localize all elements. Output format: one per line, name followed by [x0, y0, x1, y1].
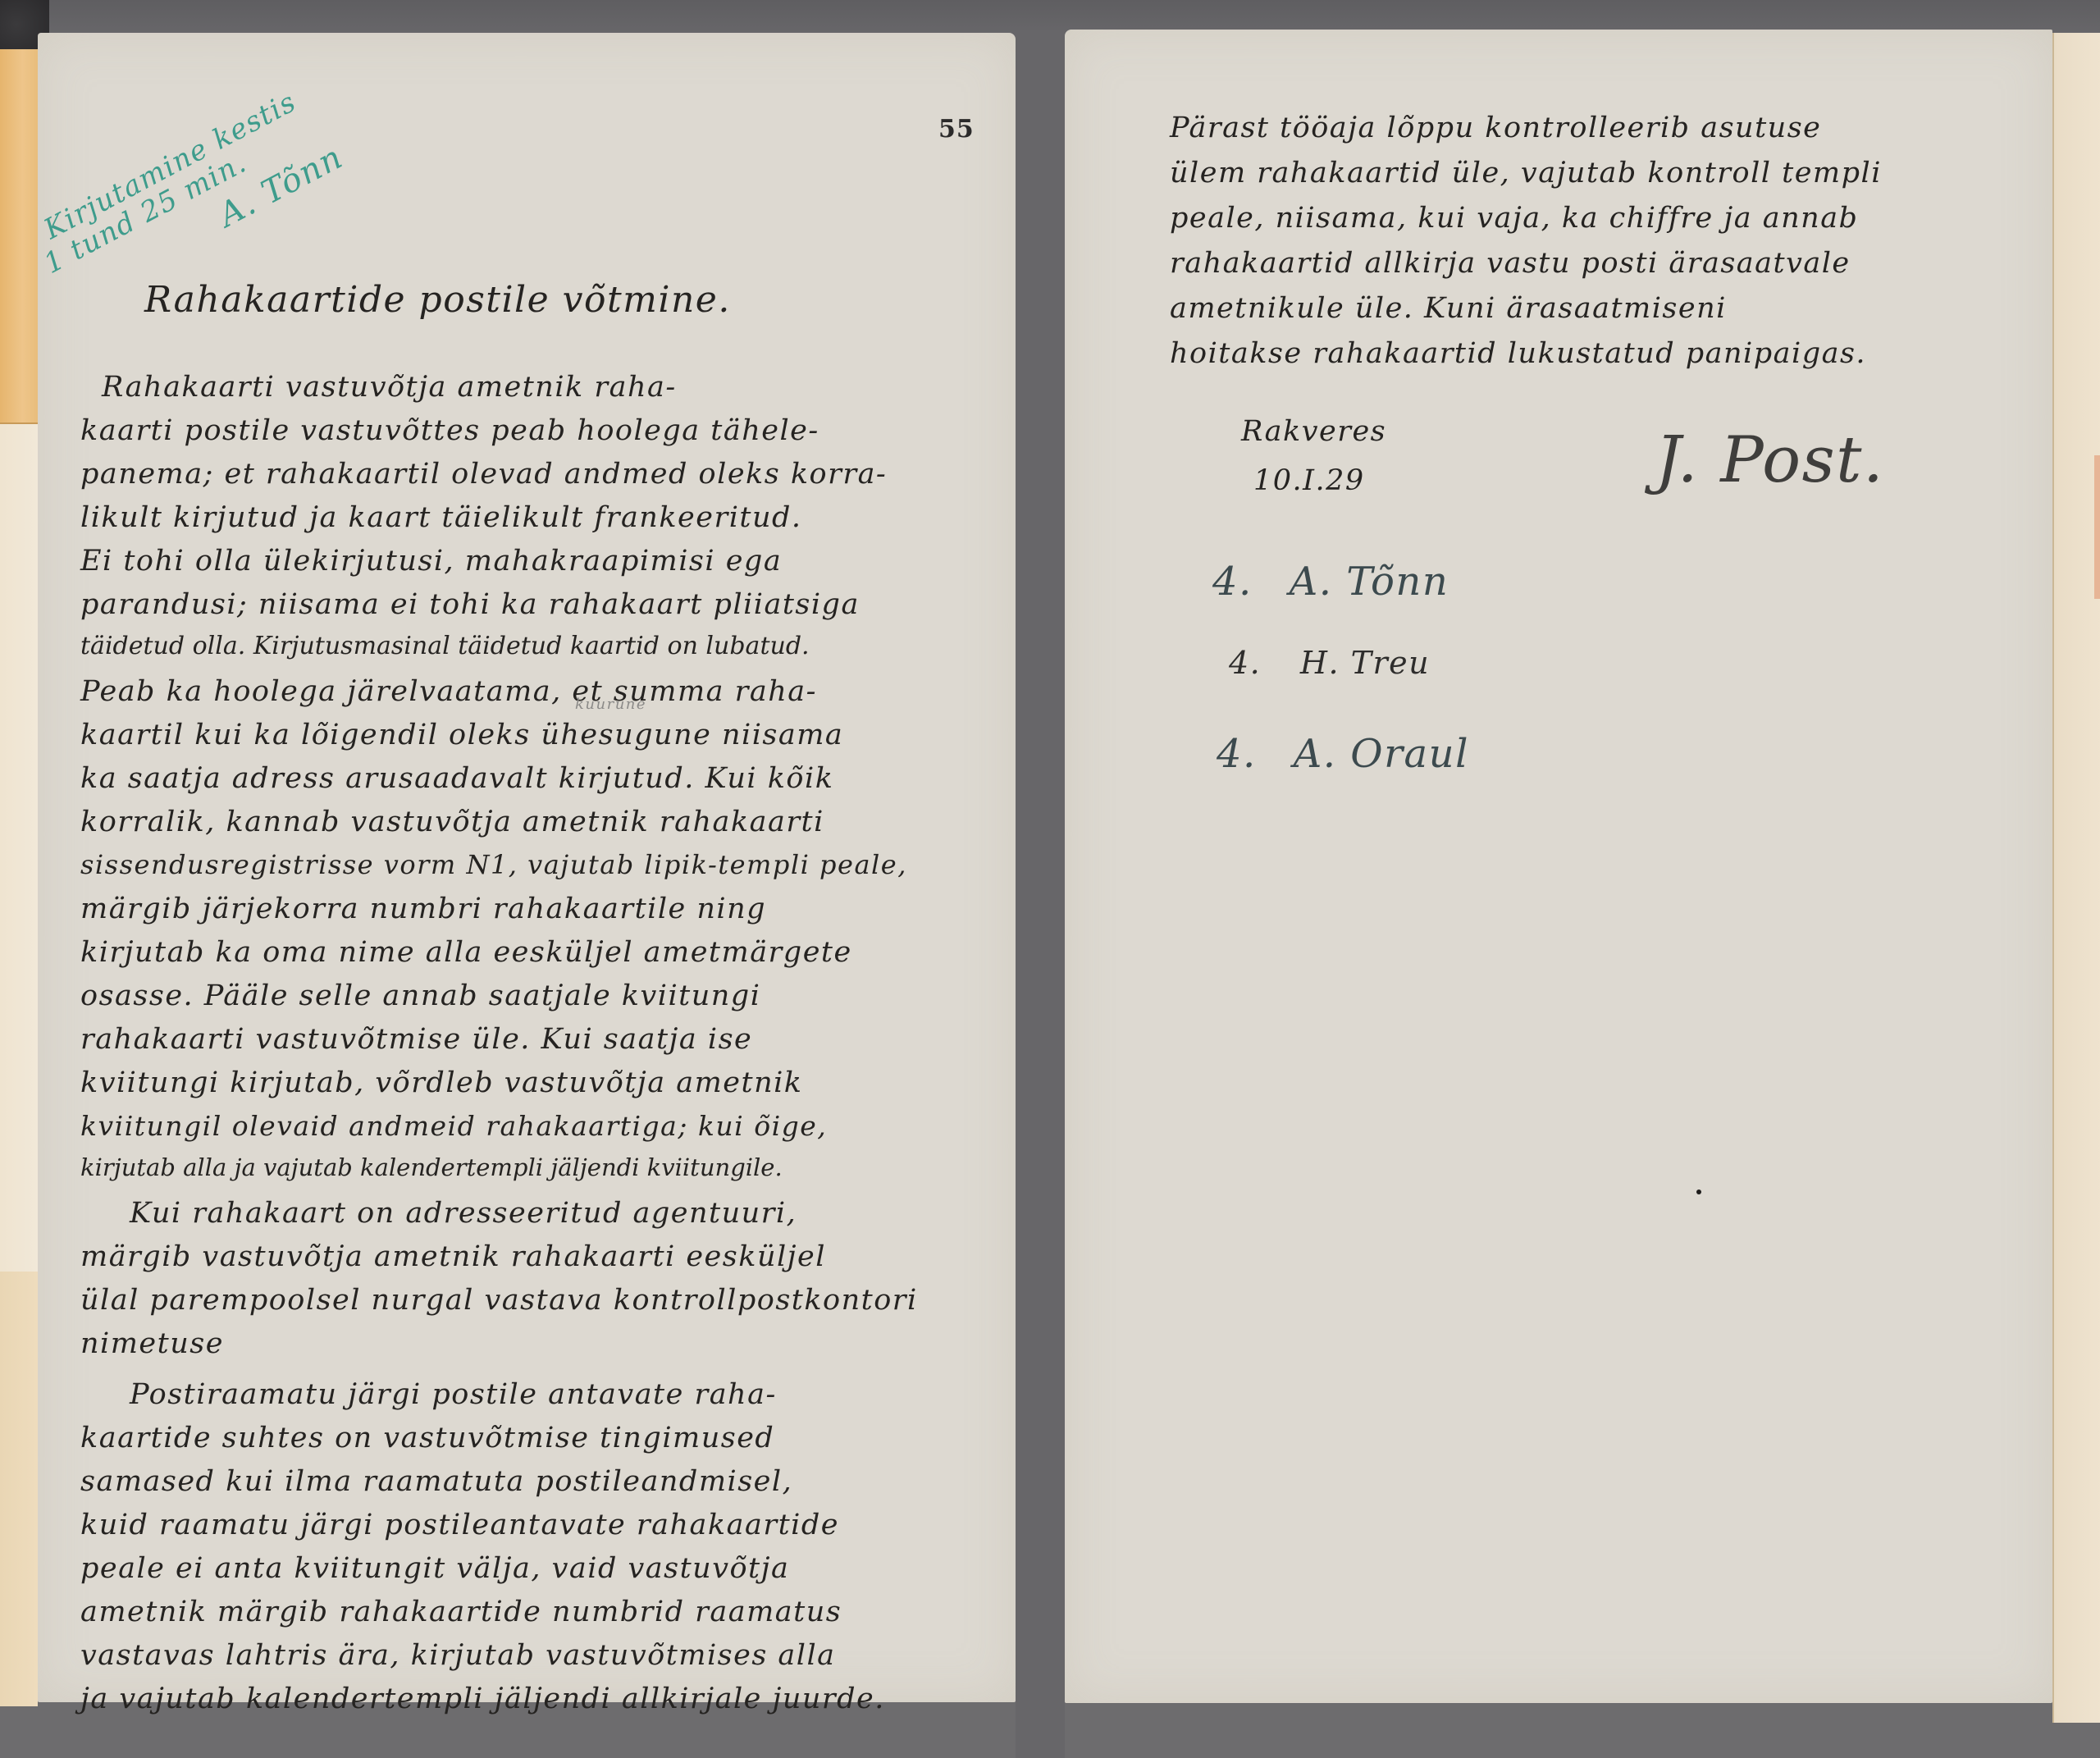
body-line: korralik, kannab vastuvõtja ametnik raha…: [80, 806, 824, 838]
main-signature: J. Post.: [1655, 423, 1884, 497]
body-line: Kui rahakaart on adresseeritud agentuuri…: [130, 1197, 797, 1230]
margin-note-line-1: Kirjutamine kestis: [39, 85, 302, 246]
right-binding-tab: [2094, 455, 2100, 599]
body-line: samased kui ilma raamatuta postileandmis…: [80, 1465, 792, 1498]
body-line: panema; et rahakaartil olevad andmed ole…: [80, 458, 887, 491]
body-line: peale, niisama, kui vaja, ka chiffre ja …: [1170, 202, 1858, 235]
body-line: Postiraamatu järgi postile antavate raha…: [130, 1378, 777, 1411]
body-line: ametnikule üle. Kuni ärasaatmiseni: [1170, 292, 1727, 325]
body-line: peale ei anta kviitungit välja, vaid vas…: [80, 1552, 789, 1585]
body-line: märgib järjekorra numbri rahakaartile ni…: [80, 893, 766, 925]
approval-signature: 4. A. Tõnn: [1212, 559, 1449, 605]
body-line: kaarti postile vastuvõttes peab hoolega …: [80, 414, 819, 447]
body-line: osasse. Pääle selle annab saatjale kviit…: [80, 979, 760, 1012]
ink-speck: [1696, 1190, 1701, 1194]
left-binding-strip-tan: [0, 1272, 38, 1706]
body-line: ülem rahakaartid üle, vajutab kontroll t…: [1170, 157, 1882, 189]
approval-name: H. Treu: [1300, 645, 1430, 681]
left-page: 55 Kirjutamine kestis 1 tund 25 min. A. …: [38, 33, 1016, 1702]
right-binding-pages: [2052, 33, 2100, 1723]
body-line: kuid raamatu järgi postileantavate rahak…: [80, 1509, 839, 1541]
body-line: ametnik märgib rahakaartide numbrid raam…: [80, 1596, 842, 1628]
body-line: kaartide suhtes on vastuvõtmise tingimus…: [80, 1422, 774, 1454]
body-line: hoitakse rahakaartid lukustatud panipaig…: [1170, 337, 1866, 370]
body-line: ka saatja adress arusaadavalt kirjutud. …: [80, 762, 833, 795]
body-line: rahakaarti vastuvõtmise üle. Kui saatja …: [80, 1023, 752, 1056]
approval-mark: 4.: [1217, 731, 1257, 777]
document-date: 10.I.29: [1253, 464, 1365, 497]
place-name: Rakveres: [1241, 415, 1386, 448]
approval-name: A. Tõnn: [1290, 559, 1449, 605]
body-line: Ei tohi olla ülekirjutusi, mahakraapimis…: [80, 545, 782, 578]
body-line: ja vajutab kalendertempli jäljendi allki…: [80, 1683, 885, 1715]
approval-signature: 4. A. Oraul: [1217, 731, 1469, 777]
approval-mark: 4.: [1212, 559, 1253, 605]
body-line: nimetuse: [80, 1327, 224, 1360]
page-number: 55: [938, 115, 975, 144]
document-title: Rahakaartide postile võtmine.: [144, 279, 731, 321]
left-binding-strip-orange: [0, 49, 38, 422]
body-line: kirjutab alla ja vajutab kalendertempli …: [80, 1153, 783, 1181]
body-line: Rahakaarti vastuvõtja ametnik raha-: [102, 371, 677, 404]
body-line: rahakaartid allkirja vastu posti ärasaat…: [1170, 247, 1851, 280]
body-line: vastavas lahtris ära, kirjutab vastuvõtm…: [80, 1639, 836, 1672]
body-line: Peab ka hoolega järelvaatama, et summa r…: [80, 675, 817, 708]
body-line: sissendusregistrisse vorm N1, vajutab li…: [80, 849, 907, 880]
body-line: parandusi; niisama ei tohi ka rahakaart …: [80, 588, 860, 621]
body-line: kaartil kui ka lõigendil oleks ühesugune…: [80, 719, 843, 751]
body-line: märgib vastuvõtja ametnik rahakaarti ees…: [80, 1240, 826, 1273]
page-gutter: [1016, 30, 1065, 1758]
body-line: kviitungi kirjutab, võrdleb vastuvõtja a…: [80, 1066, 803, 1099]
left-binding-strip-cream: [0, 422, 38, 1273]
body-line: ülal parempoolsel nurgal vastava kontrol…: [80, 1284, 918, 1317]
body-line: kirjutab ka oma nime alla eesküljel amet…: [80, 936, 852, 969]
approval-signature: 4. H. Treu: [1229, 645, 1430, 681]
body-line: kviitungil olevaid andmeid rahakaartiga;…: [80, 1110, 827, 1142]
right-page: Pärast tööaja lõppu kontrolleerib asutus…: [1065, 30, 2052, 1703]
body-line: Pärast tööaja lõppu kontrolleerib asutus…: [1170, 112, 1821, 144]
approval-name: A. Oraul: [1294, 731, 1469, 777]
body-line: täidetud olla. Kirjutusmasinal täidetud …: [80, 632, 810, 660]
pencil-correction: kuurune: [575, 696, 646, 713]
approval-mark: 4.: [1229, 645, 1261, 681]
body-line: likult kirjutud ja kaart täielikult fran…: [80, 501, 802, 534]
